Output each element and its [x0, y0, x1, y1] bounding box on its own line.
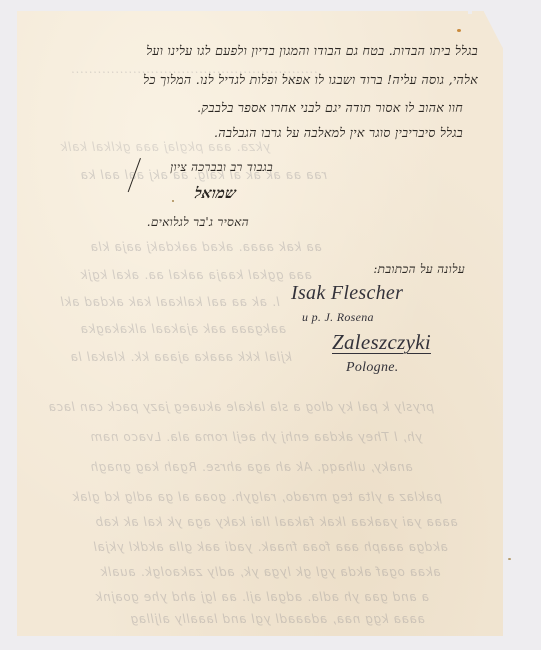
- bleed-line: a and gaa yh adla. adgal ajl. aa lgj ahd…: [95, 590, 429, 604]
- bleed-line: yh, l They akdaa enhj yh aejl roma ala. …: [90, 430, 422, 444]
- bleed-line: akaa ogaf akda ygl gk lyga yk, adly zaka…: [100, 565, 441, 579]
- body-line: חוו אהוב לו אסור תודה יגם לבני אחרו אספר…: [118, 100, 463, 116]
- bleed-line: paklaz a ylta teg mrado, ralgyh. goaa al…: [72, 490, 442, 504]
- bleed-line: aakgaaa aak ajakaal alkakagka: [80, 322, 286, 336]
- bleed-line: aaaa kgg naa, adaaadl ygl and laaally al…: [130, 612, 425, 626]
- paper-tear-notch: [468, 11, 472, 14]
- bleed-line: kjlal kkk aaaka ajaaa kk. klakal la: [70, 350, 292, 364]
- bleed-line: anaky, ulhaqq. Ak ah aga ahrse. Rgah kag…: [90, 460, 413, 474]
- address-name: Isak Flescher: [291, 282, 403, 305]
- body-line: בגלל סיבריבין סוגר אין למאלבה על גרבו הג…: [118, 125, 463, 141]
- body-line: אלהי, גוסה עליה! ברוד ושבגו לו אפאל ופלו…: [58, 72, 478, 88]
- bleed-line: ykza. aaa pkglaj aaa gklkal kalk: [60, 140, 270, 154]
- rust-stain: [457, 29, 461, 32]
- address-town: Zaleszczyki: [332, 330, 431, 355]
- closing-subscript: האסיר ג'בר לגלואים.: [109, 215, 249, 230]
- signature: שמואל: [144, 184, 237, 203]
- rust-stain: [508, 558, 511, 560]
- address-country: Pologne.: [346, 360, 399, 376]
- bleed-line: l. ak aa aal kalkaal kak akdad akl: [60, 295, 280, 309]
- bleed-line: prysly k pal ky dlog a sla lakale akuaeg…: [48, 400, 434, 414]
- address-label: עלונה על הכתובת:: [315, 262, 465, 277]
- closing-greeting: בגבוד רב ובברכה ציון: [123, 160, 273, 175]
- bleed-line: akdga aaaph aaa foaa fnaak. yadi aak gll…: [93, 540, 448, 554]
- address-care-of: u p. J. Rosena: [302, 310, 374, 325]
- bleed-line: aa kak aaaa. akad aakdakj aaja kla: [90, 240, 322, 254]
- bleed-line: aaaa yai yaakaa lkak fakaal llai kaky ag…: [95, 515, 458, 529]
- bleed-line: aaa ggkal kaaja aakal aa. akal kgjk: [80, 268, 312, 282]
- body-line: בגלל ביתו הבדות. בטח גם הבודו והמגון בדי…: [58, 43, 478, 59]
